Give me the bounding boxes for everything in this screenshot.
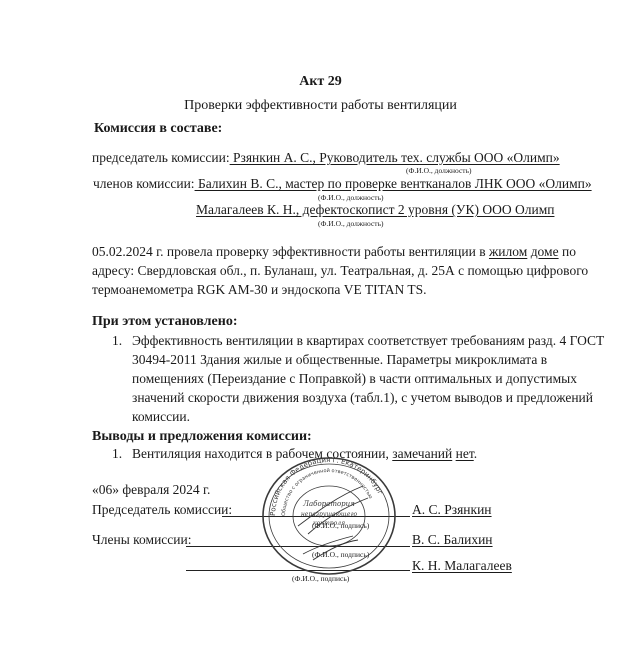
member1-caption: (Ф.И.О., должность) [318, 193, 384, 202]
commission-header: Комиссия в составе: [94, 121, 222, 137]
conclusions-header: Выводы и предложения комиссии: [92, 429, 312, 445]
members-label: членов комиссии: [93, 176, 195, 191]
member1-value: Балихин В. С., мастер по проверке вентка… [195, 176, 592, 191]
findings-header: При этом установлено: [92, 314, 237, 330]
intro-line-2: адресу: Свердловская обл., п. Буланаш, у… [92, 261, 588, 280]
intro-line-3: термоанемометра RGK AM-30 и эндоскопа VE… [92, 280, 588, 299]
finding-item-text: Эффективность вентиляции в квартирах соо… [132, 331, 604, 426]
member2-caption: (Ф.И.О., должность) [318, 219, 384, 228]
chairman-value: Рзянкин А. С., Руководитель тех. службы … [230, 150, 560, 165]
intro-line-1: 05.02.2024 г. провела проверку эффективн… [92, 242, 588, 261]
underlined-word: жилом [489, 244, 527, 259]
document-title: Акт 29 [0, 74, 641, 90]
chairman-row: председатель комиссии: Рзянкин А. С., Ру… [92, 150, 560, 166]
document-subtitle: Проверки эффективности работы вентиляции [0, 98, 641, 114]
svg-text:неразрушающего: неразрушающего [301, 511, 358, 518]
member2-signature-name: К. Н. Малагалеев [412, 558, 512, 574]
chairman-caption: (Ф.И.О., должность) [406, 166, 472, 175]
chairman-signature-label: Председатель комиссии: [92, 502, 232, 518]
finding-item-number: 1. [112, 331, 122, 350]
intro-paragraph: 05.02.2024 г. провела проверку эффективн… [92, 242, 588, 299]
members-signature-label: Члены комиссии: [92, 532, 192, 548]
chairman-signature-name: А. С. Рзянкин [412, 502, 492, 518]
member1-row: членов комиссии: Балихин В. С., мастер п… [93, 176, 592, 192]
underlined-word: доме [531, 244, 559, 259]
organization-stamp-icon: Российская Федерация г. Екатеринбург Общ… [258, 456, 400, 576]
chairman-label: председатель комиссии: [92, 150, 230, 165]
signature-date: «06» февраля 2024 г. [92, 482, 210, 498]
member1-signature-name: В. С. Балихин [412, 532, 493, 548]
conclusion-item-number: 1. [112, 444, 122, 463]
member2-value: Малагалеев К. Н., дефектоскопист 2 уровн… [196, 202, 554, 218]
